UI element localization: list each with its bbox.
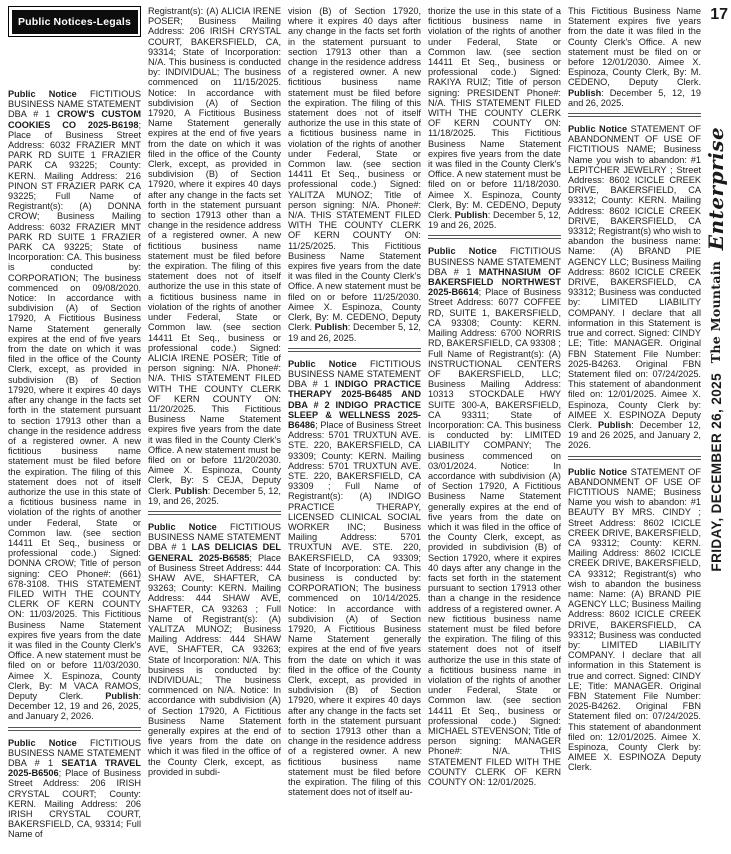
notice-bold-run: Public Notice bbox=[148, 522, 230, 532]
notice-divider bbox=[568, 456, 701, 460]
notice-bold-run: Public Notice bbox=[568, 467, 631, 477]
public-notice-text: Public Notice FICTITIOUS BUSINESS NAME S… bbox=[148, 522, 281, 777]
notice-bold-run: Publish bbox=[105, 691, 138, 701]
notice-divider bbox=[148, 511, 281, 515]
notice-text-run: ; Place of Business Street Address: 5701… bbox=[288, 420, 421, 797]
notice-bold-run: Publish bbox=[455, 210, 488, 220]
notice-bold-run: Public Notice bbox=[8, 738, 90, 748]
notice-text-run: ; Place of Business Street Address: 6032… bbox=[8, 120, 141, 701]
text-column-1: Public Notices-Legals Public Notice FICT… bbox=[8, 6, 141, 852]
notice-bold-run: Public Notice bbox=[288, 359, 370, 369]
section-banner: Public Notices-Legals bbox=[8, 6, 141, 37]
notice-bold-run: Public Notice bbox=[8, 89, 90, 99]
notice-text-run: ; Place of Business Street Address: 444 … bbox=[148, 553, 281, 777]
public-notice-text: Public Notice FICTITIOUS BUSINESS NAME S… bbox=[428, 246, 561, 787]
public-notice-text: Public Notice FICTITIOUS BUSINESS NAME S… bbox=[8, 89, 141, 722]
notice-bold-run: Public Notice bbox=[568, 124, 631, 134]
notice-columns: Public Notices-Legals Public Notice FICT… bbox=[8, 6, 701, 854]
newspaper-page: Public Notices-Legals Public Notice FICT… bbox=[0, 0, 731, 854]
notice-text-run: Registrant(s): (A) ALICIA IRENE POSER; B… bbox=[148, 6, 281, 496]
notice-text-run: This Fictitious Business Name Statement … bbox=[568, 6, 701, 87]
notice-bold-run: Publish bbox=[315, 322, 348, 332]
text-column-2: Registrant(s): (A) ALICIA IRENE POSER; B… bbox=[148, 6, 281, 852]
public-notice-text: This Fictitious Business Name Statement … bbox=[568, 6, 701, 108]
masthead-prefix: The Mountain bbox=[708, 261, 723, 363]
notice-divider bbox=[428, 235, 561, 239]
public-notice-text: Public Notice STATEMENT OF ABANDONMENT O… bbox=[568, 467, 701, 773]
notice-divider bbox=[288, 348, 421, 352]
notice-bold-run: Public Notice bbox=[428, 246, 510, 256]
notice-divider bbox=[568, 113, 701, 117]
notice-text-run: ; Place of Business Street Address: 206 … bbox=[8, 768, 141, 839]
issue-date-vertical: FRIDAY, DECEMBER 26, 2025 bbox=[709, 373, 724, 572]
notice-text-run: STATEMENT OF ABANDONMENT OF USE OF FICTI… bbox=[568, 467, 701, 773]
public-notice-text: Public Notice FICTITIOUS BUSINESS NAME S… bbox=[8, 738, 141, 840]
right-edge-strip: 17 The Mountain Enterprise FRIDAY, DECEM… bbox=[701, 6, 731, 854]
notice-bold-run: Publish bbox=[568, 88, 601, 98]
public-notice-text: thorize the use in this state of a ficti… bbox=[428, 6, 561, 230]
text-column-3: vision (B) of Section 17920, where it ex… bbox=[288, 6, 421, 852]
notice-text-run: vision (B) of Section 17920, where it ex… bbox=[288, 6, 421, 332]
masthead-vertical: The Mountain Enterprise bbox=[704, 127, 728, 363]
text-column-5: This Fictitious Business Name Statement … bbox=[568, 6, 701, 852]
section-banner-title: Public Notices-Legals bbox=[12, 10, 138, 34]
public-notice-text: Registrant(s): (A) ALICIA IRENE POSER; B… bbox=[148, 6, 281, 506]
text-column-4: thorize the use in this state of a ficti… bbox=[428, 6, 561, 852]
public-notice-text: vision (B) of Section 17920, where it ex… bbox=[288, 6, 421, 343]
public-notice-text: Public Notice STATEMENT OF ABANDONMENT O… bbox=[568, 124, 701, 451]
notice-bold-run: Publish bbox=[598, 420, 631, 430]
notice-text-run: STATEMENT OF ABANDONMENT OF USE OF FICTI… bbox=[568, 124, 701, 430]
notice-divider bbox=[8, 727, 141, 731]
notice-text-run: thorize the use in this state of a ficti… bbox=[428, 6, 561, 220]
notice-text-run: ; Place of Business Street Address: 6077… bbox=[428, 287, 561, 787]
notice-bold-run: Publish bbox=[175, 486, 208, 496]
page-number: 17 bbox=[710, 7, 731, 23]
masthead-name: Enterprise bbox=[704, 127, 728, 250]
public-notice-text: Public Notice FICTITIOUS BUSINESS NAME S… bbox=[288, 359, 421, 798]
